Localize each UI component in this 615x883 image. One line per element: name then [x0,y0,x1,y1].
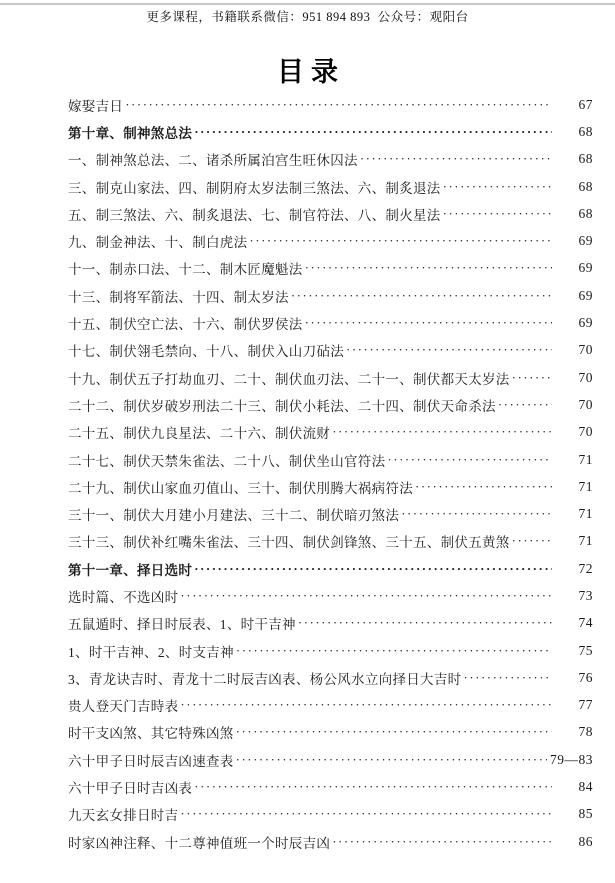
dot-leader: ········································… [346,342,552,358]
dot-leader: ········································… [298,615,552,631]
dot-leader: ········································… [305,315,552,331]
toc-entry-page: 84 [555,779,593,795]
toc-entry-title: 五、制三煞法、六、制炙退法、七、制官符法、八、制火星法 [68,204,441,224]
toc-entry-page: 72 [555,561,593,577]
dot-leader: ········································… [332,424,552,440]
toc-entry-title: 第十一章、择日选时 [68,559,192,579]
toc-entry-title: 九、制金神法、十、制白虎法 [68,231,247,251]
toc-entry-page: 70 [555,342,593,358]
dot-leader: ········································… [512,370,552,386]
toc-entry: 九、制金神法、十、制白虎法 ··························… [68,227,593,254]
toc-entry-page: 77 [555,697,593,713]
toc-entry-page: 68 [555,151,593,167]
toc-entry-page: 71 [555,479,593,495]
toc-entry: 五、制三煞法、六、制炙退法、七、制官符法、八、制火星法 ············… [68,200,593,227]
dot-leader: ········································… [401,506,552,522]
dot-leader: ········································… [194,124,552,140]
toc-entry-page: 71 [555,452,593,468]
toc-entry: 嫁娶吉日 ···································… [68,91,593,118]
toc-entry: 第十章、制神煞总法 ······························… [68,118,593,145]
toc-entry-title: 选时篇、不选凶时 [68,586,178,606]
document-page: 更多课程，书籍联系微信：951 894 893 公众号：观阳台 目录 嫁娶吉日 … [0,0,615,883]
dot-leader: ········································… [387,452,552,468]
toc-entry-page: 85 [555,806,593,822]
toc-entry: 贵人登天门吉時表 ·······························… [68,692,593,719]
dot-leader: ········································… [194,561,552,577]
toc-entry-title: 二十二、制伏岁破岁刑法二十三、制伏小耗法、二十四、制伏天命杀法 [68,395,496,415]
dot-leader: ········································… [443,206,552,222]
toc-entry: 六十甲子日时吉凶表 ······························… [68,773,593,800]
toc-entry-title: 九天玄女排日时吉 [68,804,178,824]
dot-leader: ········································… [498,397,552,413]
toc-entry: 十一、制赤口法、十二、制木匠魔魁法 ······················… [68,255,593,282]
toc-entry-title: 十七、制伏翎毛禁向、十八、制伏入山刀砧法 [68,340,344,360]
toc-entry-page: 69 [555,260,593,276]
dot-leader: ········································… [415,479,552,495]
toc-entry-title: 十五、制伏空亡法、十六、制伏罗侯法 [68,313,303,333]
toc-entry: 十九、制伏五子打劫血刃、二十、制伏血刃法、二十一、制伏都天太岁法 ·······… [68,364,593,391]
toc-entry-page: 86 [555,834,593,850]
toc-entry: 十三、制将军箭法、十四、制太岁法 ·······················… [68,282,593,309]
dot-leader: ········································… [180,806,552,822]
dot-leader: ········································… [443,179,552,195]
toc-entry-title: 时干支凶煞、其它特殊凶煞 [68,722,234,742]
toc-entry: 一、制神煞总法、二、诸杀所属泊宫生旺休囚法 ··················… [68,146,593,173]
toc-list: 嫁娶吉日 ···································… [68,91,593,855]
dot-leader: ········································… [249,233,552,249]
toc-entry-title: 一、制神煞总法、二、诸杀所属泊宫生旺休囚法 [68,149,358,169]
toc-entry-title: 第十章、制神煞总法 [68,122,192,142]
dot-leader: ········································… [194,779,552,795]
toc-entry-title: 六十甲子日时吉凶表 [68,777,192,797]
toc-entry: 1、时干吉神、2、时支吉神 ··························… [68,637,593,664]
toc-entry-page: 70 [555,370,593,386]
toc-entry-page: 69 [555,233,593,249]
dot-leader: ········································… [463,670,552,686]
toc-entry-title: 十九、制伏五子打劫血刃、二十、制伏血刃法、二十一、制伏都天太岁法 [68,368,510,388]
toc-entry-page: 76 [555,670,593,686]
toc-entry-page: 78 [555,724,593,740]
toc-entry: 六十甲子日时辰吉凶速查表 ···························… [68,746,593,773]
toc-entry: 二十九、制伏山家血刃值山、三十、制伏刖腾大祸病符法 ··············… [68,473,593,500]
toc-entry: 第十一章、择日选时 ······························… [68,555,593,582]
toc-entry: 二十七、制伏天禁朱雀法、二十八、制伏坐山官符法 ················… [68,446,593,473]
toc-entry-page: 75 [555,643,593,659]
dot-leader: ········································… [180,588,552,604]
toc-entry-page: 73 [555,588,593,604]
page-title: 目录 [0,50,615,89]
toc-entry-title: 六十甲子日时辰吉凶速查表 [68,750,234,770]
toc-entry-title: 三、制克山家法、四、制阴府太岁法制三煞法、六、制炙退法 [68,177,441,197]
toc-entry: 选时篇、不选凶时 ·······························… [68,582,593,609]
dot-leader: ········································… [236,643,552,659]
dot-leader: ········································… [512,533,552,549]
toc-entry-page: 70 [555,424,593,440]
toc-entry: 二十五、制伏九良星法、二十六、制伏流财 ····················… [68,419,593,446]
dot-leader: ········································… [332,834,552,850]
dot-leader: ········································… [125,97,552,113]
toc-entry-title: 三十一、制伏大月建小月建法、三十二、制伏暗刃煞法 [68,504,399,524]
dot-leader: ········································… [236,752,547,768]
toc-entry-title: 十一、制赤口法、十二、制木匠魔魁法 [68,258,303,278]
toc-entry-title: 3、青龙诀吉时、青龙十二时辰吉凶表、杨公风水立向择日大吉时 [68,668,461,688]
toc-entry-page: 74 [555,615,593,631]
toc-entry: 二十二、制伏岁破岁刑法二十三、制伏小耗法、二十四、制伏天命杀法 ········… [68,391,593,418]
toc-entry-title: 嫁娶吉日 [68,95,123,115]
toc-entry: 三十三、制伏补红嘴朱雀法、三十四、制伏剑锋煞、三十五、制伏五黄煞 ·······… [68,528,593,555]
toc-entry-page: 71 [555,533,593,549]
toc-entry-title: 贵人登天门吉時表 [68,695,178,715]
toc-entry-page: 69 [555,315,593,331]
toc-entry-page: 68 [555,206,593,222]
toc-entry-title: 1、时干吉神、2、时支吉神 [68,641,234,661]
toc-entry-title: 五鼠遁时、择日时辰表、1、时干吉神 [68,613,296,633]
toc-entry: 三、制克山家法、四、制阴府太岁法制三煞法、六、制炙退法 ············… [68,173,593,200]
page-header-watermark: 更多课程，书籍联系微信：951 894 893 公众号：观阳台 [0,7,615,25]
toc-entry-title: 二十九、制伏山家血刃值山、三十、制伏刖腾大祸病符法 [68,477,413,497]
page-top-rule [0,3,615,5]
toc-entry: 九天玄女排日时吉 ·······························… [68,801,593,828]
toc-entry-page: 68 [555,179,593,195]
toc-entry-title: 三十三、制伏补红嘴朱雀法、三十四、制伏剑锋煞、三十五、制伏五黄煞 [68,531,510,551]
toc-entry-page: 67 [555,97,593,113]
toc-entry-title: 时家凶神注释、十二尊神值班一个时辰吉凶 [68,832,330,852]
toc-entry-page: 68 [555,124,593,140]
toc-entry: 时家凶神注释、十二尊神值班一个时辰吉凶 ····················… [68,828,593,855]
dot-leader: ········································… [236,724,552,740]
dot-leader: ········································… [291,288,552,304]
toc-entry-page: 70 [555,397,593,413]
toc-entry-title: 二十七、制伏天禁朱雀法、二十八、制伏坐山官符法 [68,450,385,470]
toc-entry-page: 71 [555,506,593,522]
toc-entry-title: 二十五、制伏九良星法、二十六、制伏流财 [68,422,330,442]
toc-entry-title: 十三、制将军箭法、十四、制太岁法 [68,286,289,306]
toc-entry: 三十一、制伏大月建小月建法、三十二、制伏暗刃煞法 ···············… [68,500,593,527]
dot-leader: ········································… [360,151,552,167]
dot-leader: ········································… [305,260,552,276]
toc-entry: 十五、制伏空亡法、十六、制伏罗侯法 ······················… [68,309,593,336]
toc-entry-page: 79—83 [550,752,593,768]
toc-entry: 五鼠遁时、择日时辰表、1、时干吉神 ······················… [68,610,593,637]
toc-entry: 十七、制伏翎毛禁向、十八、制伏入山刀砧法 ···················… [68,337,593,364]
toc-entry: 3、青龙诀吉时、青龙十二时辰吉凶表、杨公风水立向择日大吉时 ··········… [68,664,593,691]
toc-entry-page: 69 [555,288,593,304]
dot-leader: ········································… [180,697,552,713]
toc-entry: 时干支凶煞、其它特殊凶煞 ···························… [68,719,593,746]
